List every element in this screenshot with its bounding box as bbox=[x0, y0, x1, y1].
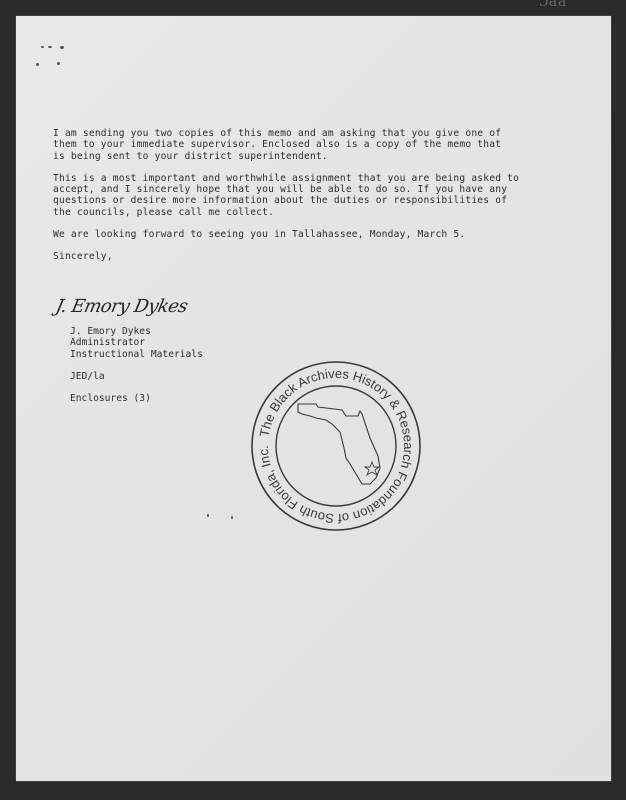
speck bbox=[60, 46, 64, 49]
florida-map-icon bbox=[298, 404, 380, 484]
closing: Sincerely, bbox=[53, 251, 573, 262]
scanned-document: PPC I am sending you two copies of this … bbox=[0, 0, 626, 800]
reference-initials: JED/la bbox=[70, 371, 203, 382]
signer-title: Administrator bbox=[70, 337, 203, 348]
letter-body: I am sending you two copies of this memo… bbox=[53, 128, 573, 277]
speck bbox=[57, 62, 60, 65]
paragraph-2: This is a most important and worthwhile … bbox=[53, 173, 573, 218]
enclosures-note: Enclosures (3) bbox=[70, 393, 203, 404]
signature-block: J. Emory Dykes Administrator Instruction… bbox=[70, 326, 203, 404]
speck bbox=[207, 514, 209, 517]
paragraph-3: We are looking forward to seeing you in … bbox=[53, 229, 573, 240]
speck bbox=[36, 63, 39, 66]
stamp-text: The Black Archives History & Research Fo… bbox=[256, 366, 416, 526]
letter-page: I am sending you two copies of this memo… bbox=[16, 16, 611, 781]
speck bbox=[231, 516, 233, 519]
signer-name: J. Emory Dykes bbox=[70, 326, 203, 337]
edge-text: PPC bbox=[538, 0, 566, 8]
archive-stamp: The Black Archives History & Research Fo… bbox=[246, 356, 426, 536]
speck bbox=[48, 46, 52, 48]
paragraph-1: I am sending you two copies of this memo… bbox=[53, 128, 573, 162]
speck bbox=[41, 46, 44, 48]
signer-department: Instructional Materials bbox=[70, 349, 203, 360]
star-icon bbox=[365, 462, 379, 475]
handwritten-signature: J. Emory Dykes bbox=[54, 296, 190, 317]
